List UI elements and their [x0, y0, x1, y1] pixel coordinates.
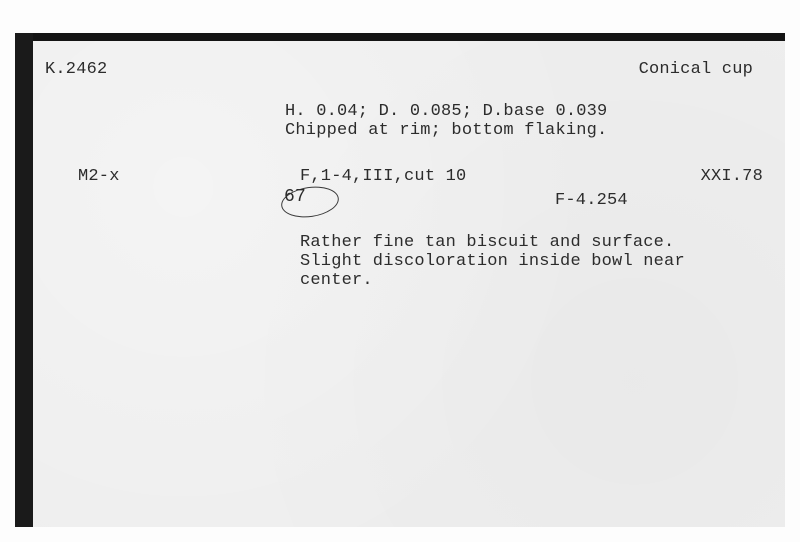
description-line: Slight discoloration inside bowl near	[300, 252, 685, 271]
locus-code: M2-x	[78, 167, 120, 186]
description-line: center.	[300, 271, 373, 290]
circled-number: 67	[284, 188, 306, 207]
description-line: Rather fine tan biscuit and surface.	[300, 233, 674, 252]
scan-border-top	[15, 33, 785, 41]
field-number: F-4.254	[555, 191, 628, 210]
condition-note: Chipped at rim; bottom flaking.	[285, 121, 607, 140]
object-type: Conical cup	[639, 60, 753, 79]
dimensions: H. 0.04; D. 0.085; D.base 0.039	[285, 102, 607, 121]
plate-reference: XXI.78	[701, 167, 763, 186]
scan-border-left	[15, 33, 33, 527]
index-card: K.2462 Conical cup H. 0.04; D. 0.085; D.…	[33, 41, 785, 527]
provenance: F,1-4,III,cut 10	[300, 167, 466, 186]
catalog-number: K.2462	[45, 60, 107, 79]
scanned-catalog-card: K.2462 Conical cup H. 0.04; D. 0.085; D.…	[0, 0, 800, 542]
